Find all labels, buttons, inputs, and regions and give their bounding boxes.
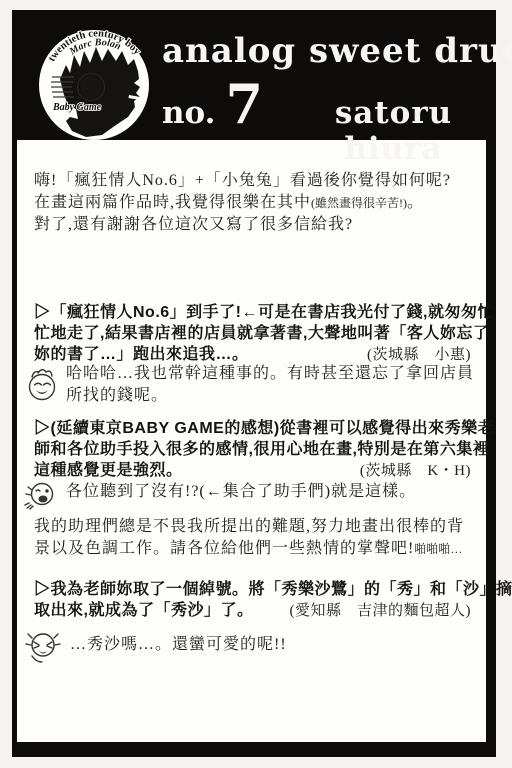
reply-line: 我的助理們總是不畏我所提出的難題,努力地畫出很棒的背 <box>34 516 471 538</box>
letter-line: ▷(延續東京BABY GAME的感想)從書裡可以感覺得出來秀樂老 <box>34 418 471 439</box>
author-name: satoru hiura <box>285 95 502 167</box>
reader-letter-2: ▷(延續東京BABY GAME的感想)從書裡可以感覺得出來秀樂老 師和各位助手投… <box>34 418 471 482</box>
title-banner: Marc Bolan twentieth century boy Baby Ga… <box>12 10 496 140</box>
laughing-face-icon <box>24 363 60 410</box>
issue-no-label: no. <box>162 95 215 131</box>
embarrassed-face-icon <box>22 628 64 673</box>
intro-line: 對了,還有謝謝各位這次又寫了很多信給我? <box>34 214 471 236</box>
letter-line: ▷「瘋狂情人No.6」到手了!←可是在書店我光付了錢,就匆匆忙 <box>34 302 471 323</box>
manga-afterword-page: Marc Bolan twentieth century boy Baby Ga… <box>0 0 512 768</box>
intro-paragraph: 嗨!「瘋狂情人No.6」+「小兔兔」看過後你覺得如何呢? 在畫這兩篇作品時,我覺… <box>34 170 471 236</box>
series-title: analog sweet drugs no. 7 satoru hiura <box>162 28 502 167</box>
author-reply-2: 各位聽到了沒有!?(←集合了助手們)就是這樣。 我的助理們總是不畏我所提出的難題… <box>34 481 471 560</box>
letter-line: ▷我為老師妳取了一個綽號。將「秀樂沙鷺」的「秀」和「沙」摘 <box>34 579 471 600</box>
shouting-face-icon <box>22 481 60 516</box>
record-hole <box>80 76 102 98</box>
letter-attribution: (愛知縣 吉津的麵包超人) <box>290 601 472 622</box>
reply-line: 景以及色調工作。請各位給他們一些熱情的掌聲吧!啪啪啪… <box>34 538 471 560</box>
reader-letter-1: ▷「瘋狂情人No.6」到手了!←可是在書店我光付了錢,就匆匆忙 忙地走了,結果書… <box>34 302 471 366</box>
author-reply-1: 哈哈哈…我也常幹這種事的。有時甚至還忘了拿回店員 所找的錢呢。 <box>24 363 471 410</box>
reply-line: 所找的錢呢。 <box>66 385 474 407</box>
letter-line: 取出來,就成為了「秀沙」了。 (愛知縣 吉津的麵包超人) <box>34 600 471 622</box>
reply-line: 各位聽到了沒有!?(←集合了助手們)就是這樣。 <box>66 481 416 503</box>
intro-line: 嗨!「瘋狂情人No.6」+「小兔兔」看過後你覺得如何呢? <box>34 170 471 192</box>
letter-line: 這種感覺更是強烈。 (茨城縣 K・H) <box>34 460 471 482</box>
letter-line: 忙地走了,結果書店裡的店員就拿著書,大聲地叫著「客人妳忘了 <box>34 323 471 344</box>
record-label-text: Baby Game <box>52 102 102 113</box>
author-reply-3: …秀沙嗎…。還蠻可愛的呢!! <box>22 628 471 673</box>
vinyl-record-icon: Marc Bolan twentieth century boy Baby Ga… <box>36 25 152 146</box>
letter-line: 師和各位助手投入很多的感情,很用心地在畫,特別是在第六集裡 <box>34 439 471 460</box>
issue-number: 7 <box>225 80 263 128</box>
letter-attribution: (茨城縣 K・H) <box>360 461 471 482</box>
intro-line: 在畫這兩篇作品時,我覺得很樂在其中(雖然畫得很辛苦!)。 <box>34 192 471 214</box>
reader-letter-3: ▷我為老師妳取了一個綽號。將「秀樂沙鷺」的「秀」和「沙」摘 取出來,就成為了「秀… <box>34 579 471 622</box>
series-title-text: analog sweet drugs <box>162 28 502 74</box>
reply-line: …秀沙嗎…。還蠻可愛的呢!! <box>70 634 287 656</box>
reply-line: 哈哈哈…我也常幹這種事的。有時甚至還忘了拿回店員 <box>66 363 474 385</box>
